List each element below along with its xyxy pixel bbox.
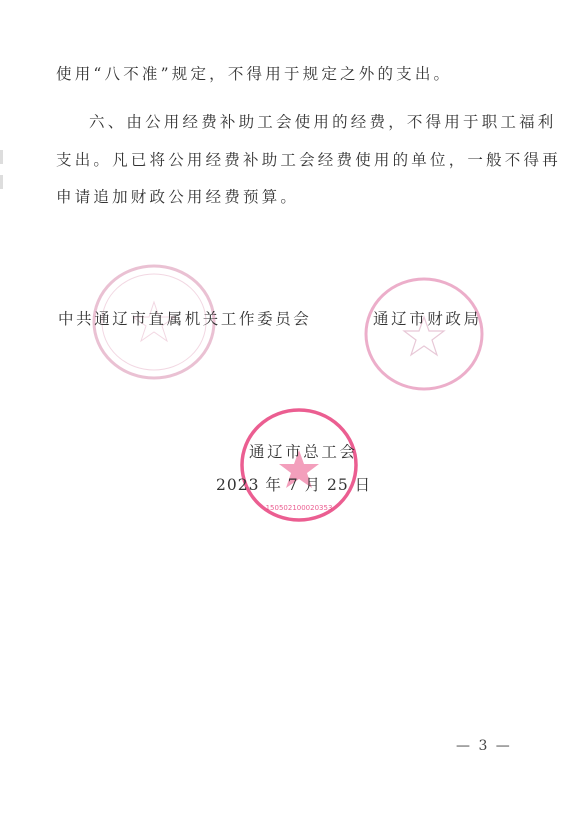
seal-center-icon: 150502100020353 — [238, 406, 360, 524]
official-seal-center: 150502100020353 — [238, 406, 360, 524]
official-seal-right — [362, 275, 486, 393]
signature-left: 中共通辽市直属机关工作委员会 — [58, 307, 311, 329]
body-line-1: 使用“八不准”规定，不得用于规定之外的支出。 — [56, 62, 452, 84]
body-line-2: 六、由公用经费补助工会使用的经费，不得用于职工福利 — [89, 110, 557, 132]
body-line-4: 申请追加财政公用经费预算。 — [56, 185, 299, 207]
body-line-3: 支出。凡已将公用经费补助工会经费使用的单位，一般不得再 — [56, 148, 561, 170]
scan-edge-mark — [0, 150, 3, 164]
page-number: — 3 — — [456, 738, 512, 754]
signature-right: 通辽市财政局 — [373, 307, 482, 329]
svg-text:150502100020353: 150502100020353 — [266, 504, 333, 512]
signature-center: 通辽市总工会 — [249, 440, 358, 462]
scan-edge-mark — [0, 175, 3, 189]
seal-right-icon — [362, 275, 486, 393]
document-date: 2023 年 7 月 25 日 — [216, 473, 371, 495]
